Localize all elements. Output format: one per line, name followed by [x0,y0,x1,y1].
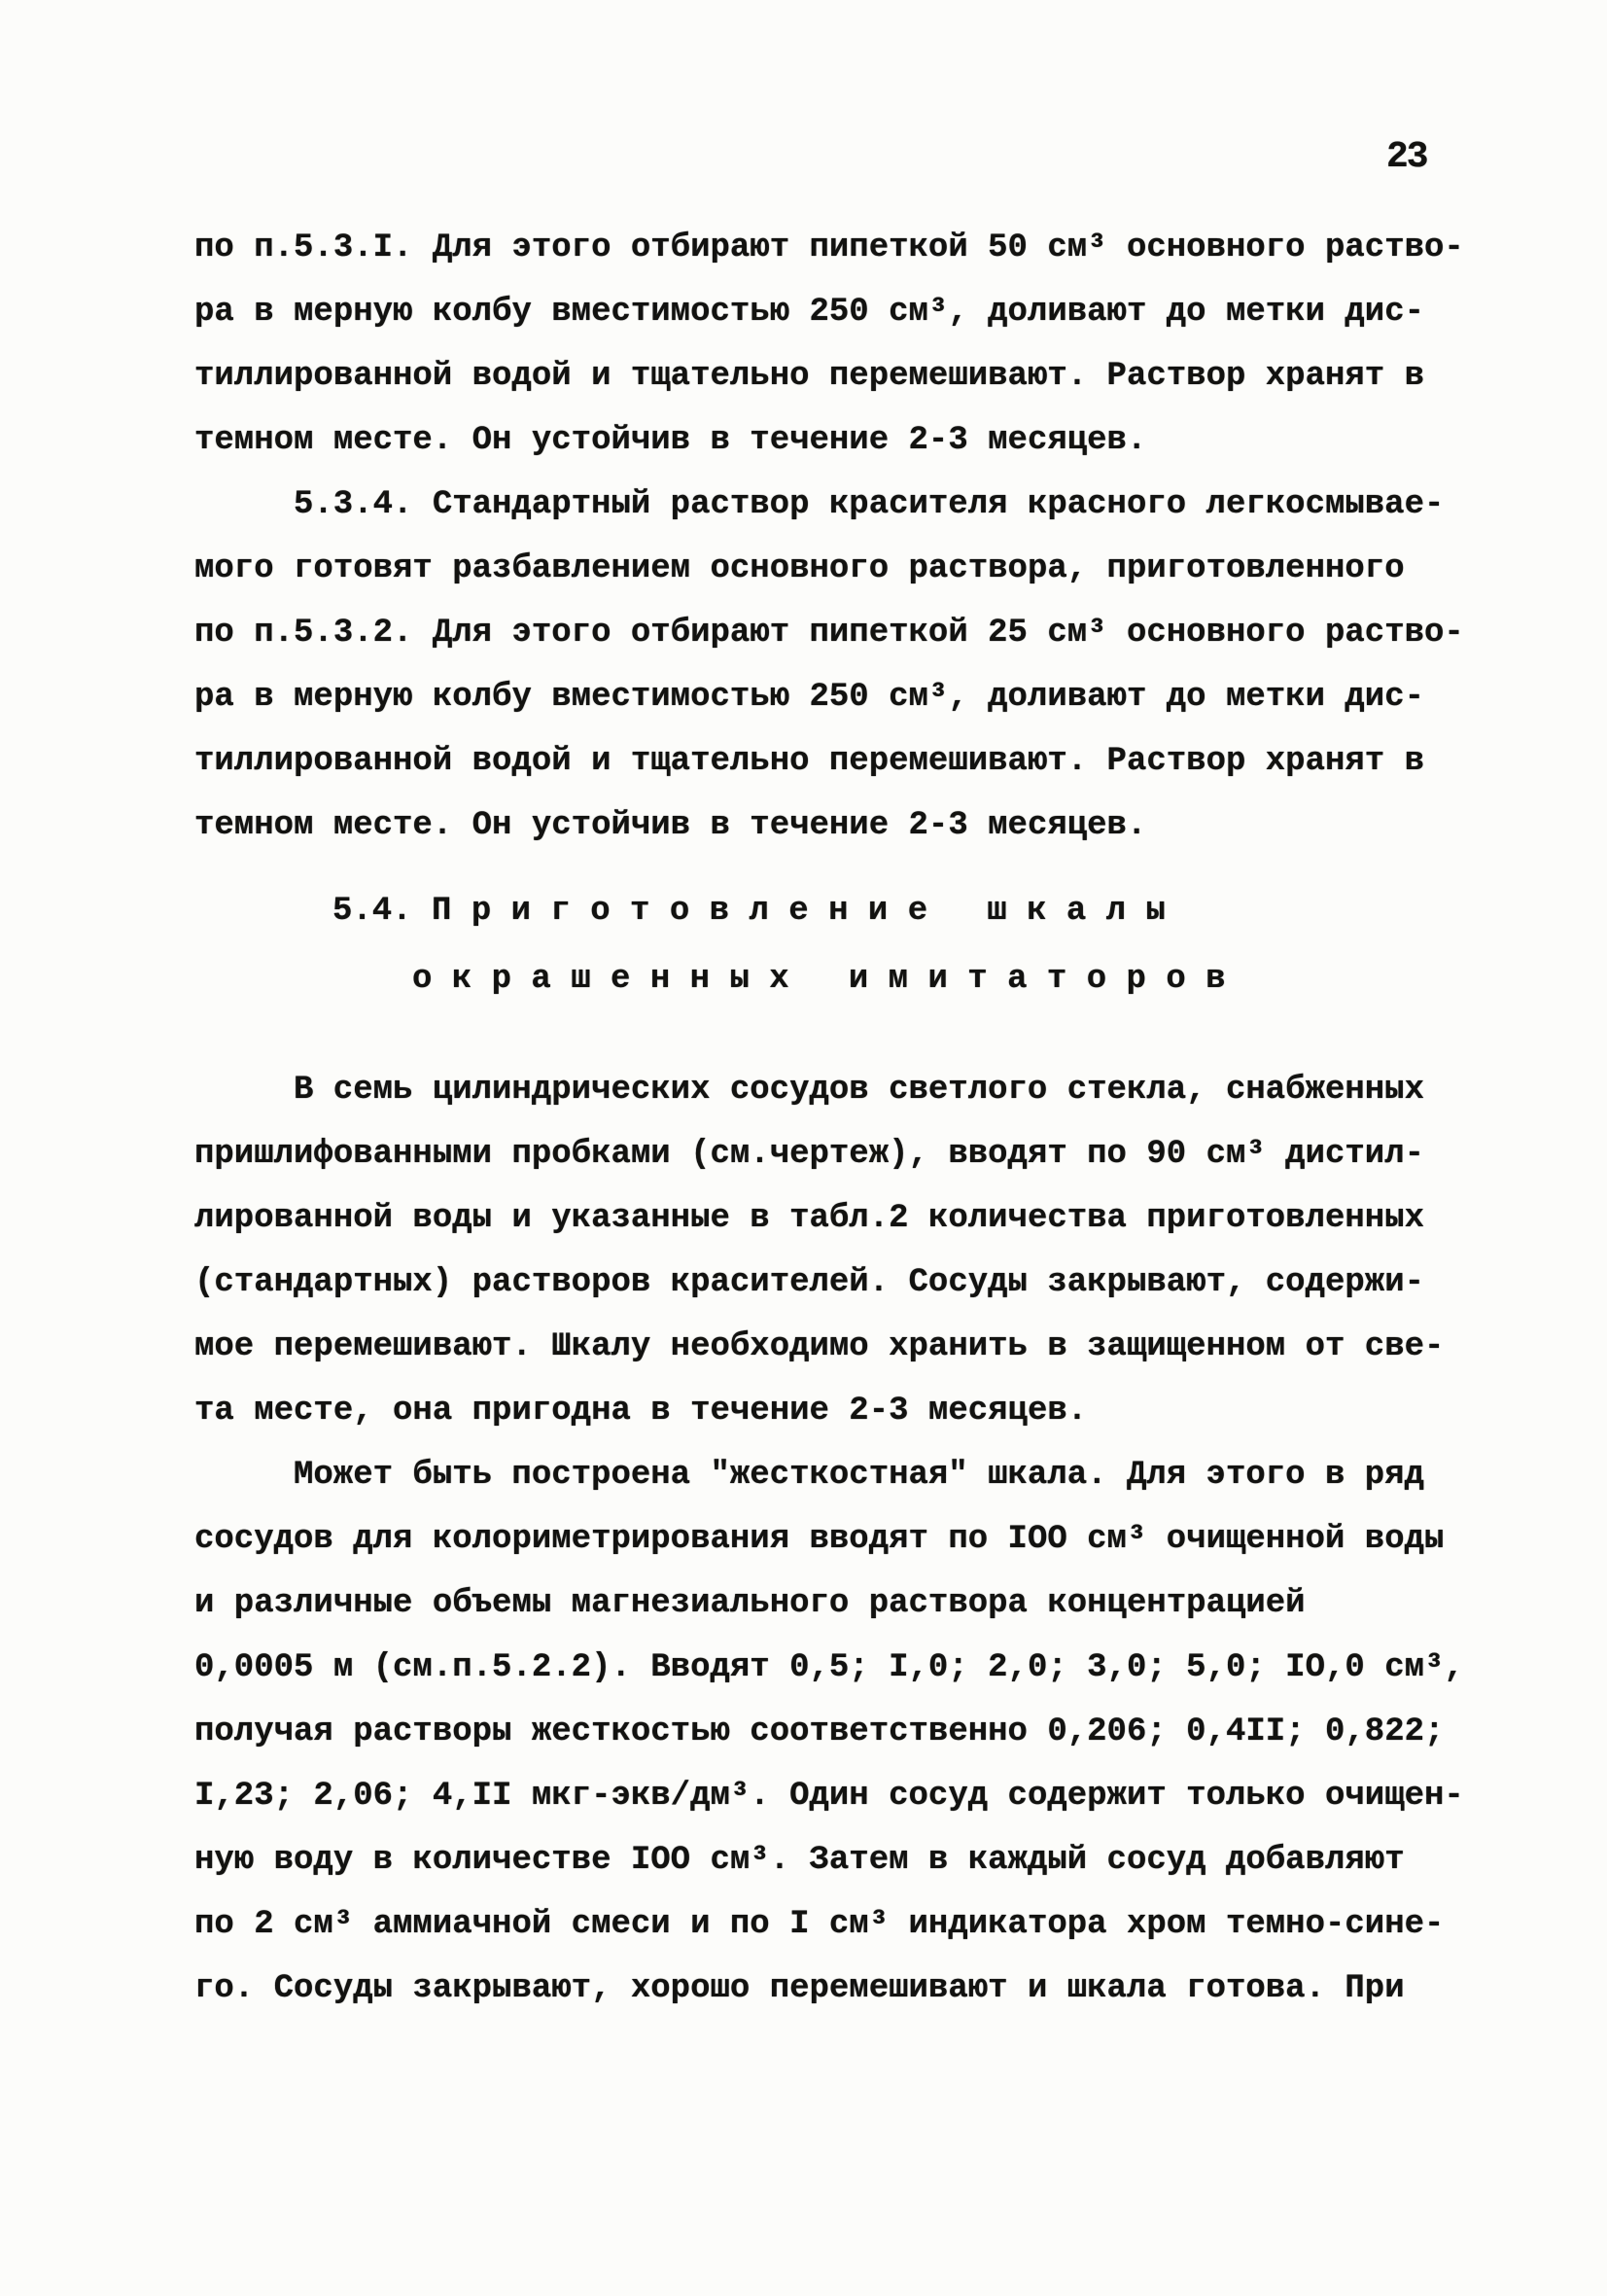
text-line: В семь цилиндрических сосудов светлого с… [194,1058,1487,1122]
text-line: по п.5.3.2. Для этого отбирают пипеткой … [194,601,1487,665]
paragraph-534: 5.3.4. Стандартный раствор красителя кра… [194,473,1487,858]
document-page: 23 по п.5.3.I. Для этого отбирают пипетк… [0,0,1607,2296]
text-line: ную воду в количестве IOO см³. Затем в к… [194,1828,1487,1892]
page-content: по п.5.3.I. Для этого отбирают пипеткой … [194,216,1487,2021]
text-line: ра в мерную колбу вместимостью 250 см³, … [194,665,1487,729]
text-line: I,23; 2,06; 4,II мкг-экв/дм³. Один сосуд… [194,1764,1487,1828]
text-line: мое перемешивают. Шкалу необходимо храни… [194,1315,1487,1379]
section-heading-line-2: о к р а ш е н н ы х и м и т а т о р о в [194,945,1487,1013]
text-line: (стандартных) растворов красителей. Сосу… [194,1251,1487,1315]
text-line: пришлифованными пробками (см.чертеж), вв… [194,1122,1487,1186]
text-line: получая растворы жесткостью соответствен… [194,1700,1487,1764]
text-line: 0,0005 м (см.п.5.2.2). Вводят 0,5; I,0; … [194,1636,1487,1700]
paragraph-scale-preparation: В семь цилиндрических сосудов светлого с… [194,1058,1487,1443]
text-line: тиллированной водой и тщательно перемеши… [194,729,1487,794]
paragraph-531-continuation: по п.5.3.I. Для этого отбирают пипеткой … [194,216,1487,473]
text-line: тиллированной водой и тщательно перемеши… [194,344,1487,408]
text-line: сосудов для колориметрирования вводят по… [194,1507,1487,1572]
text-line: го. Сосуды закрывают, хорошо перемешиваю… [194,1957,1487,2021]
text-line: 5.3.4. Стандартный раствор красителя кра… [194,473,1487,537]
text-line: и различные объемы магнезиального раство… [194,1572,1487,1636]
text-line: темном месте. Он устойчив в течение 2-3 … [194,794,1487,858]
section-heading-54: 5.4. П р и г о т о в л е н и е ш к а л ы… [194,877,1487,1013]
text-line: ра в мерную колбу вместимостью 250 см³, … [194,280,1487,344]
text-line: темном месте. Он устойчив в течение 2-3 … [194,408,1487,473]
text-line: по п.5.3.I. Для этого отбирают пипеткой … [194,216,1487,280]
text-line: та месте, она пригодна в течение 2-3 мес… [194,1379,1487,1443]
section-heading-line-1: 5.4. П р и г о т о в л е н и е ш к а л ы [194,877,1487,945]
paragraph-hardness-scale: Может быть построена "жесткостная" шкала… [194,1443,1487,2021]
text-line: мого готовят разбавлением основного раст… [194,537,1487,601]
text-line: Может быть построена "жесткостная" шкала… [194,1443,1487,1507]
text-line: лированной воды и указанные в табл.2 кол… [194,1186,1487,1251]
text-line: по 2 см³ аммиачной смеси и по I см³ инди… [194,1892,1487,1957]
page-number: 23 [1386,136,1427,178]
